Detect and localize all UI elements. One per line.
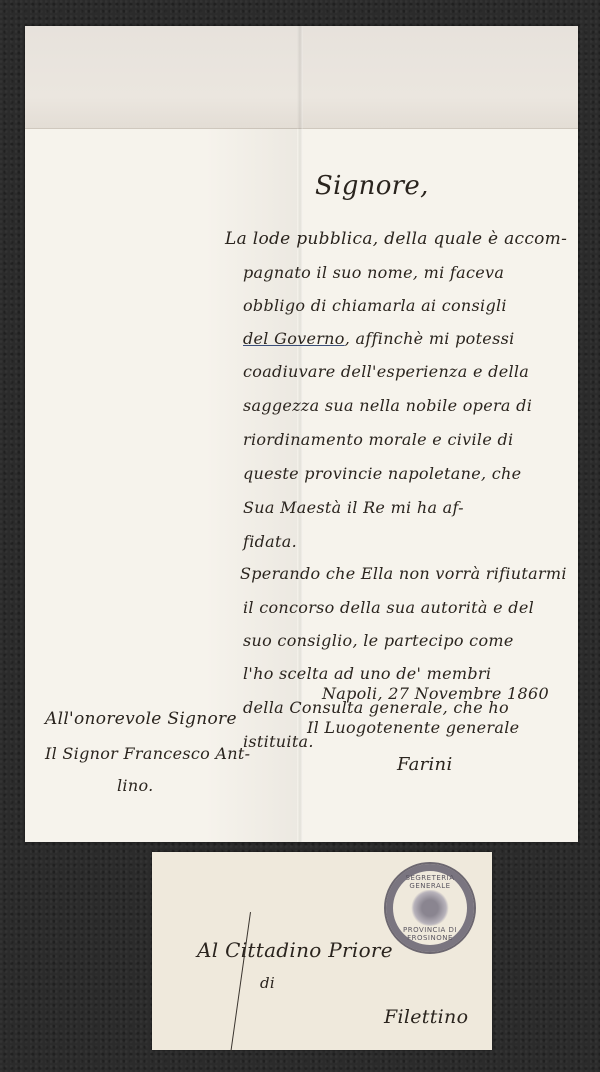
body-line: La lode pubblica, della quale è accom-	[225, 229, 567, 249]
body-line: saggezza sua nella nobile opera di	[243, 396, 532, 415]
stamp-text-top: SEGRETERIA GENERALE	[386, 874, 474, 890]
pen-stroke	[231, 912, 251, 1051]
body-line: riordinamento morale e civile di	[243, 430, 513, 449]
signatory-title: Il Luogotenente generale	[307, 718, 519, 737]
salutation: Signore,	[315, 171, 429, 201]
signature: Farini	[397, 754, 453, 775]
body-line: Sperando che Ella non vorrà rifiutarmi	[240, 564, 567, 583]
envelope-address-line3: Filettino	[384, 1006, 468, 1028]
body-line: istituita.	[243, 732, 314, 751]
body-line: l'ho scelta ad uno de' membri	[243, 664, 491, 683]
underlined-phrase: del Governo	[243, 329, 345, 348]
body-line: il concorso della sua autorità e del	[243, 598, 534, 617]
addressee-line: Il Signor Francesco Ant-	[45, 744, 250, 763]
stamp-text-bottom: PROVINCIA DI FROSINONE	[386, 926, 474, 942]
envelope-address-line1: Al Cittadino Priore	[197, 938, 393, 962]
addressee-line: lino.	[117, 776, 153, 795]
body-line: pagnato il suo nome, mi faceva	[243, 263, 504, 282]
body-line: suo consiglio, le partecipo come	[243, 631, 514, 650]
body-line: obbligo di chiamarla ai consigli	[243, 296, 507, 315]
body-line: coadiuvare dell'esperienza e della	[243, 362, 529, 381]
eagle-emblem-icon	[410, 890, 450, 926]
postal-seal-stamp: SEGRETERIA GENERALE PROVINCIA DI FROSINO…	[384, 862, 476, 954]
body-line: Sua Maestà il Re mi ha af-	[243, 498, 464, 517]
envelope-address-line2: di	[260, 974, 275, 992]
addressee-line: All'onorevole Signore	[45, 709, 237, 729]
body-line: fidata.	[243, 532, 297, 551]
body-line: queste provincie napoletane, che	[243, 464, 521, 483]
body-line: del Governo, affinchè mi potessi	[243, 329, 515, 348]
envelope: SEGRETERIA GENERALE PROVINCIA DI FROSINO…	[152, 852, 492, 1050]
place-date: Napoli, 27 Novembre 1860	[322, 684, 549, 703]
letter-sheet: Signore, La lode pubblica, della quale è…	[25, 26, 578, 842]
